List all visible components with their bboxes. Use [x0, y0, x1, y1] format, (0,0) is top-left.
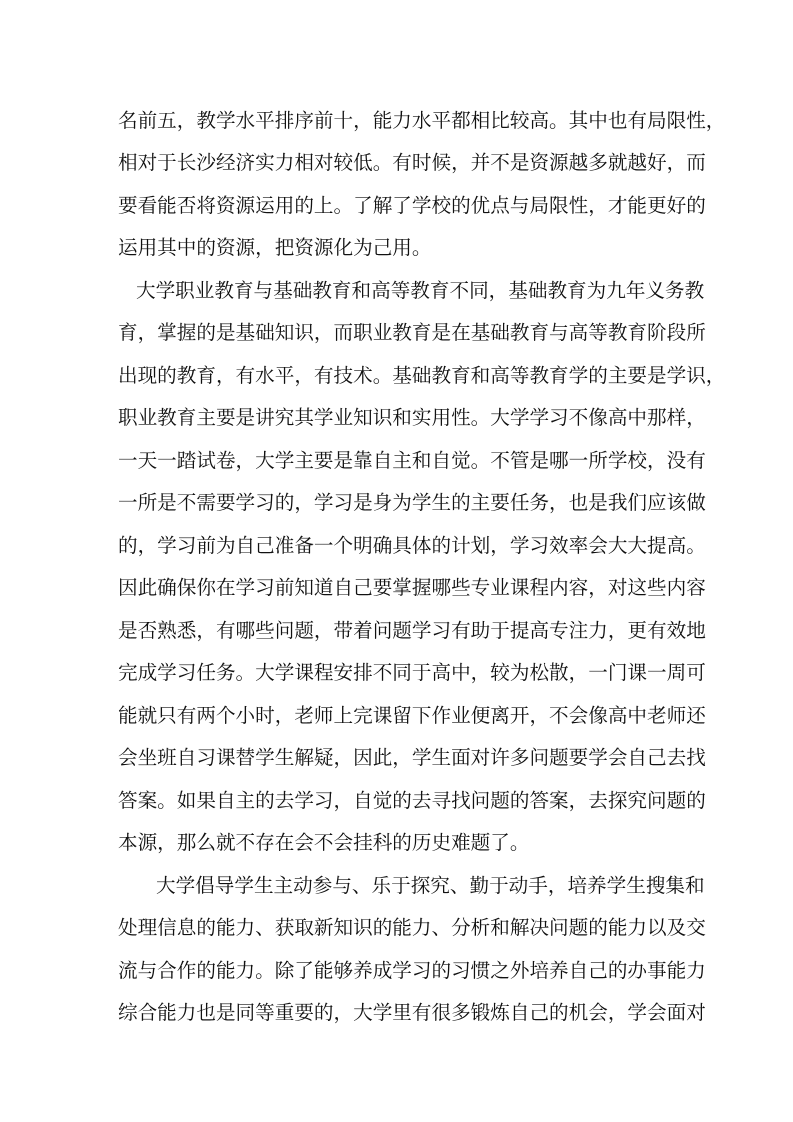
paragraph-1-line-4: 运用其中的资源，把资源化为己用。 — [118, 233, 678, 263]
paragraph-2-line-7: 的，学习前为自己准备一个明确具体的计划，学习效率会大大提高。 — [118, 531, 678, 561]
paragraph-3-line-2: 处理信息的能力、获取新知识的能力、分析和解决问题的能力以及交 — [118, 913, 678, 943]
paragraph-2-line-1: 大学职业教育与基础教育和高等教育不同，基础教育为九年义务教 — [136, 276, 678, 306]
paragraph-3-line-1: 大学倡导学生主动参与、乐于探究、勤于动手，培养学生搜集和 — [156, 871, 678, 901]
paragraph-2-line-14: 本源，那么就不存在会不会挂科的历史难题了。 — [118, 828, 678, 858]
paragraph-2-line-12: 会坐班自习课替学生解疑，因此，学生面对许多问题要学会自己去找 — [118, 743, 678, 773]
paragraph-2-line-4: 职业教育主要是讲究其学业知识和实用性。大学学习不像高中那样， — [118, 403, 678, 433]
paragraph-2-line-11: 能就只有两个小时，老师上完课留下作业便离开，不会像高中老师还 — [118, 701, 678, 731]
paragraph-1-line-2: 相对于长沙经济实力相对较低。有时候，并不是资源越多就越好，而 — [118, 148, 678, 178]
paragraph-1-line-1: 名前五，教学水平排序前十，能力水平都相比较高。其中也有局限性， — [118, 106, 678, 136]
paragraph-2-line-3: 出现的教育，有水平，有技术。基础教育和高等教育学的主要是学识， — [118, 361, 678, 391]
paragraph-2-line-13: 答案。如果自主的去学习，自觉的去寻找问题的答案，去探究问题的 — [118, 786, 678, 816]
paragraph-1-line-3: 要看能否将资源运用的上。了解了学校的优点与局限性，才能更好的 — [118, 191, 678, 221]
paragraph-3-line-4: 综合能力也是同等重要的，大学里有很多锻炼自己的机会，学会面对 — [118, 998, 678, 1028]
paragraph-2-line-6: 一所是不需要学习的，学习是身为学生的主要任务，也是我们应该做 — [118, 488, 678, 518]
paragraph-2-line-10: 完成学习任务。大学课程安排不同于高中，较为松散，一门课一周可 — [118, 658, 678, 688]
paragraph-2-line-9: 是否熟悉，有哪些问题，带着问题学习有助于提高专注力，更有效地 — [118, 616, 678, 646]
paragraph-2-line-8: 因此确保你在学习前知道自己要掌握哪些专业课程内容，对这些内容 — [118, 573, 678, 603]
paragraph-3-line-3: 流与合作的能力。除了能够养成学习的习惯之外培养自己的办事能力 — [118, 956, 678, 986]
paragraph-2-line-5: 一天一踏试卷，大学主要是靠自主和自觉。不管是哪一所学校，没有 — [118, 446, 678, 476]
document-page: 名前五，教学水平排序前十，能力水平都相比较高。其中也有局限性， 相对于长沙经济实… — [0, 0, 793, 1122]
paragraph-2-line-2: 育，掌握的是基础知识，而职业教育是在基础教育与高等教育阶段所 — [118, 318, 678, 348]
